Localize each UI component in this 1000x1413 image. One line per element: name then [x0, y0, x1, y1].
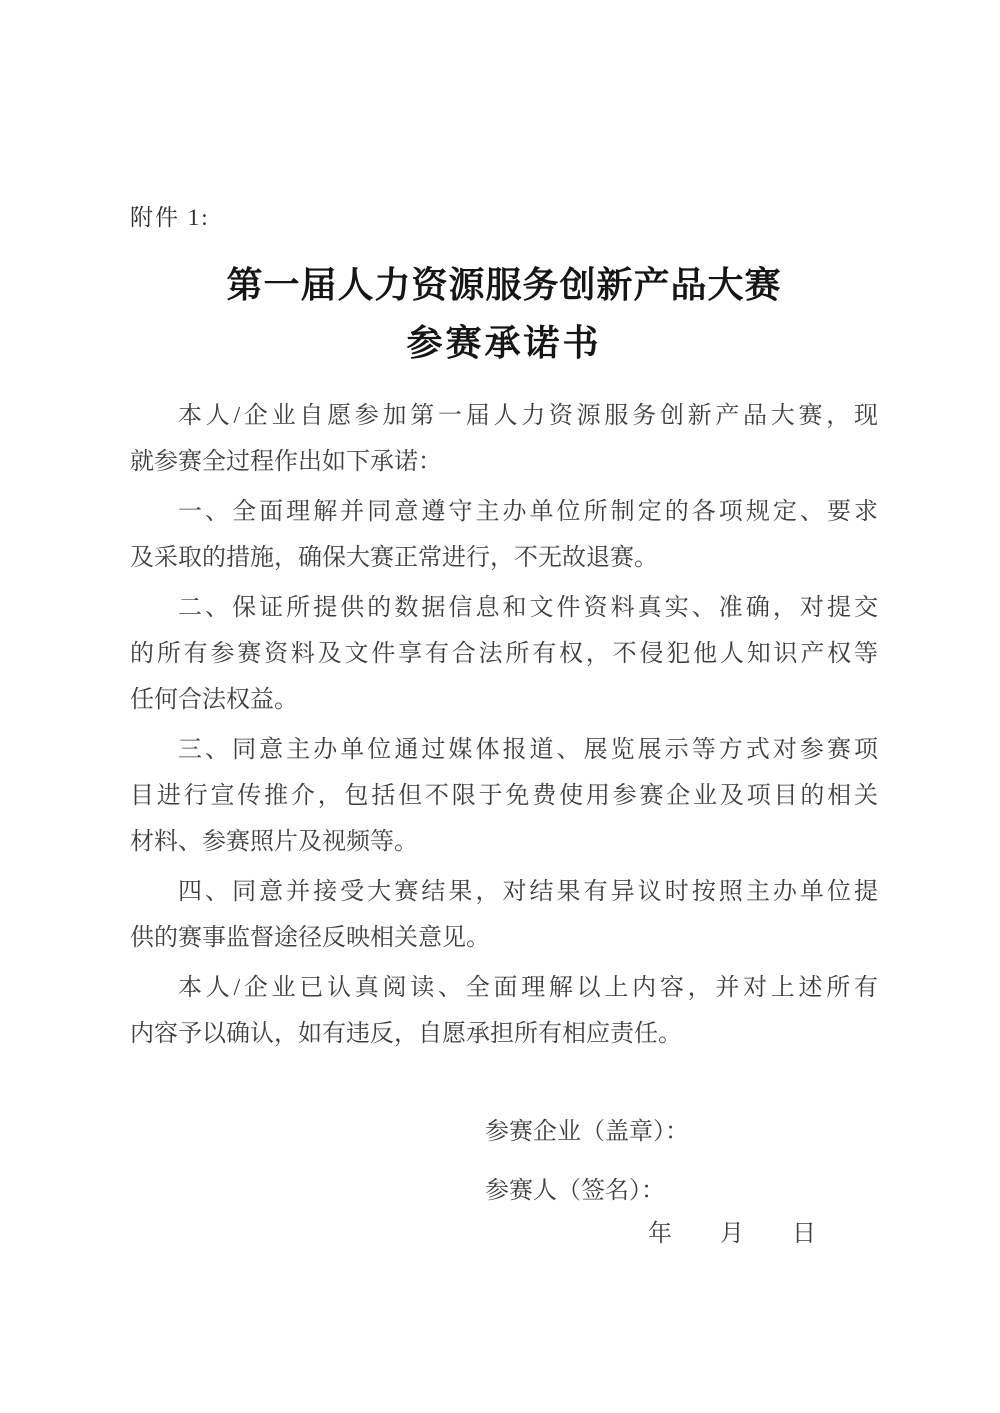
document-body: 本人/企业自愿参加第一届人力资源服务创新产品大赛，现 就参赛全过程作出如下承诺：…	[130, 393, 878, 1057]
paragraph-item-1: 一、全面理解并同意遵守主办单位所制定的各项规定、要求 及采取的措施，确保大赛正常…	[130, 489, 878, 581]
title-line-2: 参赛承诺书	[130, 321, 878, 365]
paragraph-line: 任何合法权益。	[130, 677, 878, 723]
paragraph-line: 三、同意主办单位通过媒体报道、展览展示等方式对参赛项	[130, 727, 878, 773]
paragraph-line: 内容予以确认，如有违反，自愿承担所有相应责任。	[130, 1011, 878, 1057]
paragraph-line: 四、同意并接受大赛结果，对结果有异议时按照主办单位提	[130, 869, 878, 915]
paragraph-closing: 本人/企业已认真阅读、全面理解以上内容，并对上述所有 内容予以确认，如有违反，自…	[130, 965, 878, 1057]
paragraph-item-3: 三、同意主办单位通过媒体报道、展览展示等方式对参赛项 目进行宣传推介，包括但不限…	[130, 727, 878, 865]
signature-date-line: 年 月 日	[485, 1217, 878, 1251]
paragraph-item-2: 二、保证所提供的数据信息和文件资料真实、准确，对提交 的所有参赛资料及文件享有合…	[130, 585, 878, 723]
title-line-1: 第一届人力资源服务创新产品大赛	[130, 263, 878, 307]
signature-signer-line: 参赛人（签名）：	[485, 1174, 878, 1208]
document-page: 附件 1: 第一届人力资源服务创新产品大赛 参赛承诺书 本人/企业自愿参加第一届…	[0, 0, 1000, 1413]
signature-company-line: 参赛企业（盖章）：	[485, 1115, 878, 1149]
paragraph-line: 本人/企业自愿参加第一届人力资源服务创新产品大赛，现	[130, 393, 878, 439]
paragraph-line: 材料、参赛照片及视频等。	[130, 819, 878, 865]
attachment-label: 附件 1:	[130, 203, 878, 233]
paragraph-intro: 本人/企业自愿参加第一届人力资源服务创新产品大赛，现 就参赛全过程作出如下承诺：	[130, 393, 878, 485]
paragraph-item-4: 四、同意并接受大赛结果，对结果有异议时按照主办单位提 供的赛事监督途径反映相关意…	[130, 869, 878, 961]
paragraph-line: 本人/企业已认真阅读、全面理解以上内容，并对上述所有	[130, 965, 878, 1011]
paragraph-line: 目进行宣传推介，包括但不限于免费使用参赛企业及项目的相关	[130, 773, 878, 819]
paragraph-line: 的所有参赛资料及文件享有合法所有权，不侵犯他人知识产权等	[130, 631, 878, 677]
paragraph-line: 二、保证所提供的数据信息和文件资料真实、准确，对提交	[130, 585, 878, 631]
document-title: 第一届人力资源服务创新产品大赛 参赛承诺书	[130, 263, 878, 365]
signature-block: 参赛企业（盖章）： 参赛人（签名）： 年 月 日	[485, 1115, 878, 1251]
paragraph-line: 及采取的措施，确保大赛正常进行，不无故退赛。	[130, 535, 878, 581]
paragraph-line: 一、全面理解并同意遵守主办单位所制定的各项规定、要求	[130, 489, 878, 535]
paragraph-line: 就参赛全过程作出如下承诺：	[130, 439, 878, 485]
paragraph-line: 供的赛事监督途径反映相关意见。	[130, 915, 878, 961]
